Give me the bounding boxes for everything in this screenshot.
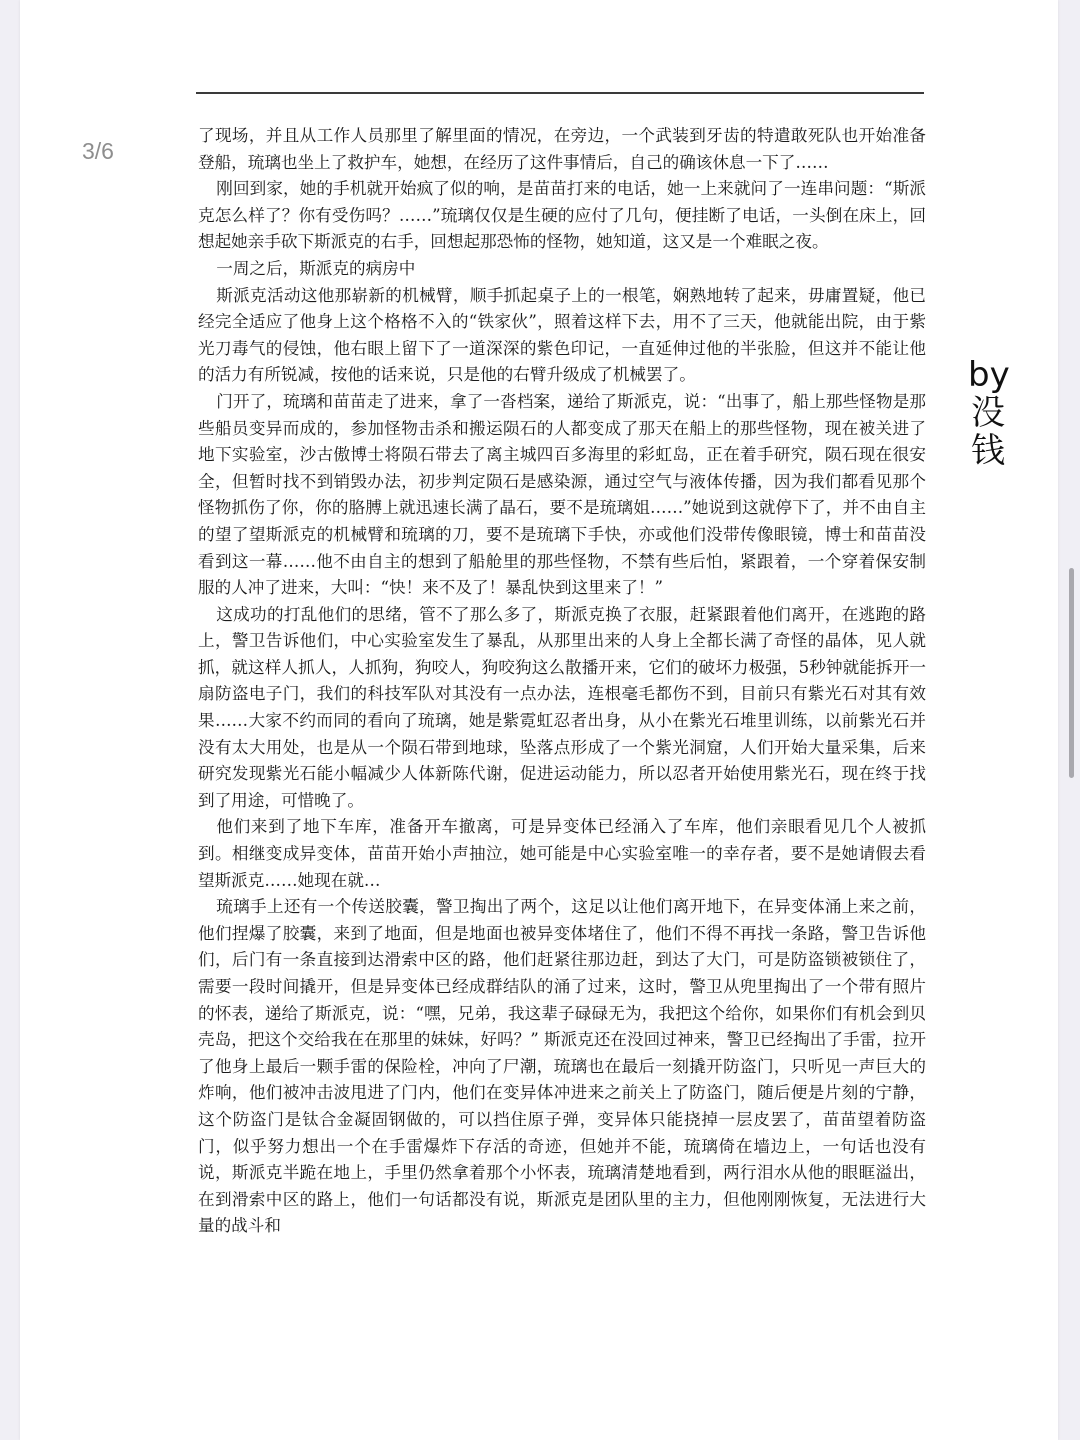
author-prefix: by: [968, 356, 1008, 394]
paragraph: 这成功的打乱他们的思绪，管不了那么多了，斯派克换了衣服，赶紧跟着他们离开，在逃跑…: [198, 602, 926, 815]
paragraph: 了现场，并且从工作人员那里了解里面的情况，在旁边，一个武装到牙齿的特遣敢死队也开…: [198, 123, 926, 176]
paragraph: 斯派克活动这他那崭新的机械臂，顺手抓起桌子上的一根笔，娴熟地转了起来，毋庸置疑，…: [198, 283, 926, 389]
section-heading: 一周之后，斯派克的病房中: [198, 256, 926, 283]
scrollbar-thumb[interactable]: [1069, 568, 1074, 778]
paragraph: 他们来到了地下车库，准备开车撤离，可是异变体已经涌入了车库，他们亲眼看见几个人被…: [198, 814, 926, 894]
paragraph: 琉璃手上还有一个传送胶囊，警卫掏出了两个，这足以让他们离开地下，在异变体涌上来之…: [198, 894, 926, 1240]
vertical-scrollbar[interactable]: [1058, 0, 1080, 1440]
story-body: 了现场，并且从工作人员那里了解里面的情况，在旁边，一个武装到牙齿的特遣敢死队也开…: [198, 123, 926, 1240]
author-signature: by 没 钱: [968, 356, 1008, 470]
paragraph: 刚回到家，她的手机就开始疯了似的响，是苗苗打来的电话，她一上来就问了一连串问题：…: [198, 176, 926, 256]
author-name-2: 钱: [968, 432, 1008, 470]
header-rule: [196, 92, 924, 94]
page-indicator: 3/6: [82, 138, 114, 165]
author-name-1: 没: [968, 394, 1008, 432]
document-page: 3/6 了现场，并且从工作人员那里了解里面的情况，在旁边，一个武装到牙齿的特遣敢…: [20, 0, 1058, 1440]
paragraph: 门开了，琉璃和苗苗走了进来，拿了一沓档案，递给了斯派克，说：“出事了，船上那些怪…: [198, 389, 926, 602]
